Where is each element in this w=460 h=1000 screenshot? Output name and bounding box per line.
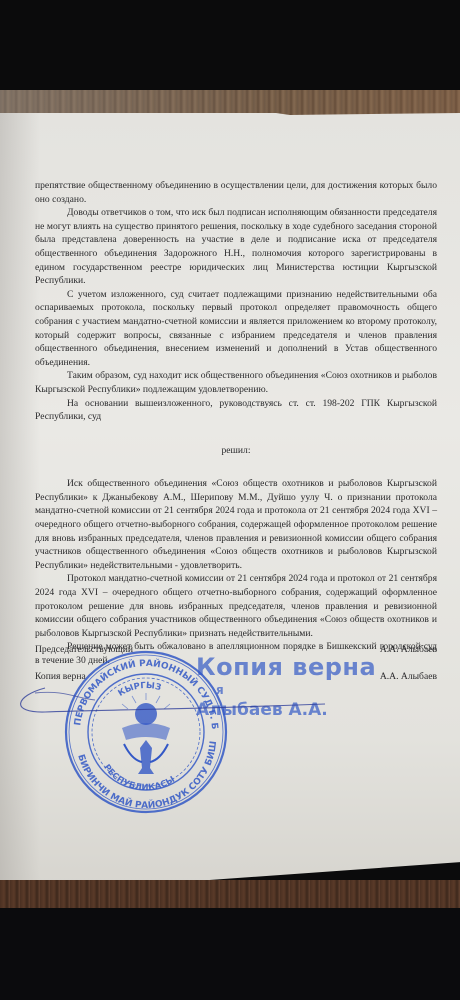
svg-text:РЕСПУБЛИКАСЫ: РЕСПУБЛИКАСЫ <box>101 763 177 793</box>
paragraph-4: Таким образом, суд находит иск обществен… <box>35 369 437 396</box>
handwritten-signature-icon <box>5 668 335 728</box>
document-page: препятствие общественному объединению в … <box>0 113 460 895</box>
photo-black-border-top <box>0 0 460 90</box>
paragraph-2: Доводы ответчиков о том, что иск был под… <box>35 206 437 288</box>
presiding-name: А.А. Алыбаев <box>380 644 437 655</box>
wood-table-edge-top <box>0 90 460 116</box>
decision-paragraph-2: Протокол мандатно-счетной комиссии от 21… <box>35 572 437 640</box>
decision-paragraph-1: Иск общественного объединения «Союз обще… <box>35 477 437 572</box>
wood-table-edge-bottom <box>0 880 460 910</box>
paragraph-1: препятствие общественному объединению в … <box>35 179 437 206</box>
decision-heading: решил: <box>35 444 437 458</box>
document-body: препятствие общественному объединению в … <box>35 179 437 668</box>
paragraph-5: На основании вышеизложенного, руководств… <box>35 397 437 424</box>
copy-name: А.А. Алыбаев <box>380 671 437 682</box>
photo-black-border-bottom <box>0 908 460 1000</box>
paper-shadow <box>0 113 40 895</box>
paragraph-3: С учетом изложенного, суд считает подлеж… <box>35 288 437 370</box>
